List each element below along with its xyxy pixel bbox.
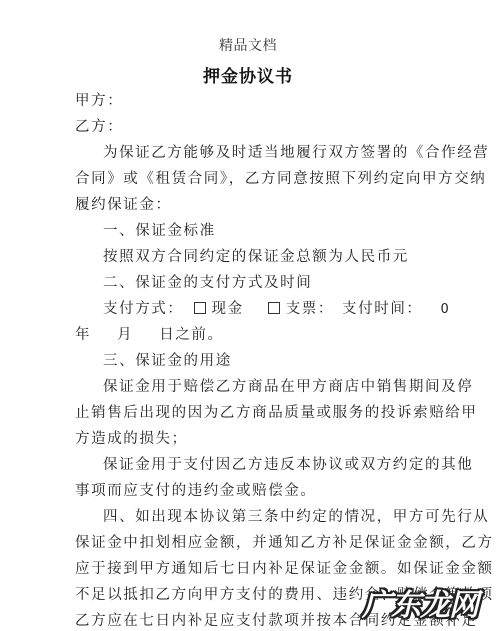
- party-b-line: 乙方：: [75, 114, 423, 140]
- section1-text: 按照双方合同约定的保证金总额为人民币元: [75, 244, 423, 270]
- year-label: 年: [75, 327, 91, 343]
- cash-checkbox[interactable]: [194, 302, 206, 314]
- section3-para1-line: 保证金用于赔偿乙方商品在甲方商店中销售期间及停: [75, 374, 423, 400]
- intro-line: 为保证乙方能够及时适当地履行双方签署的《合作经营: [75, 140, 423, 166]
- intro-line: 履约保证金：: [75, 192, 423, 218]
- month-label: 月: [117, 327, 133, 343]
- payment-date-line: 年月日之前。: [75, 322, 423, 348]
- section3-para2-line: 事项而应支付的违约金或赔偿金。: [75, 478, 423, 504]
- day-before-label: 日之前。: [159, 327, 223, 343]
- document-body: 甲方： 乙方： 为保证乙方能够及时适当地履行双方签署的《合作经营 合同》或《租赁…: [75, 88, 423, 631]
- header-label: 精品文档: [0, 35, 496, 55]
- check-checkbox[interactable]: [268, 302, 280, 314]
- section4-line: 保证金中扣划相应金额，并通知乙方补足保证金金额，乙方: [75, 530, 423, 556]
- document-title: 押金协议书: [0, 62, 496, 87]
- watermark-logo: 广东龙网: [362, 580, 478, 624]
- section4-line: 四、如出现本协议第三条中约定的情况，甲方可先行从: [75, 504, 423, 530]
- payment-time-label: 支付时间：: [342, 301, 423, 317]
- payment-time-value: 0: [441, 302, 451, 317]
- payment-method-line: 支付方式：现金支票：支付时间：0: [75, 296, 423, 322]
- check-option-label: 支票：: [286, 301, 334, 317]
- section1-heading: 一、保证金标准: [75, 218, 423, 244]
- intro-line: 合同》或《租赁合同》，乙方同意按照下列约定向甲方交纳: [75, 166, 423, 192]
- section2-heading: 二、保证金的支付方式及时间: [75, 270, 423, 296]
- section3-para1-line: 止销售后出现的因为乙方商品质量或服务的投诉索赔给甲: [75, 400, 423, 426]
- cash-option-label: 现金: [212, 301, 244, 317]
- party-a-line: 甲方：: [75, 88, 423, 114]
- section4-line: 应于接到甲方通知后七日内补足保证金金额。如保证金金额: [75, 556, 423, 582]
- section3-heading: 三、保证金的用途: [75, 348, 423, 374]
- section3-para1-line: 方造成的损失；: [75, 426, 423, 452]
- document-page: 精品文档 押金协议书 甲方： 乙方： 为保证乙方能够及时适当地履行双方签署的《合…: [0, 0, 496, 631]
- section3-para2-line: 保证金用于支付因乙方违反本协议或双方约定的其他: [75, 452, 423, 478]
- payment-method-label: 支付方式：: [103, 301, 184, 317]
